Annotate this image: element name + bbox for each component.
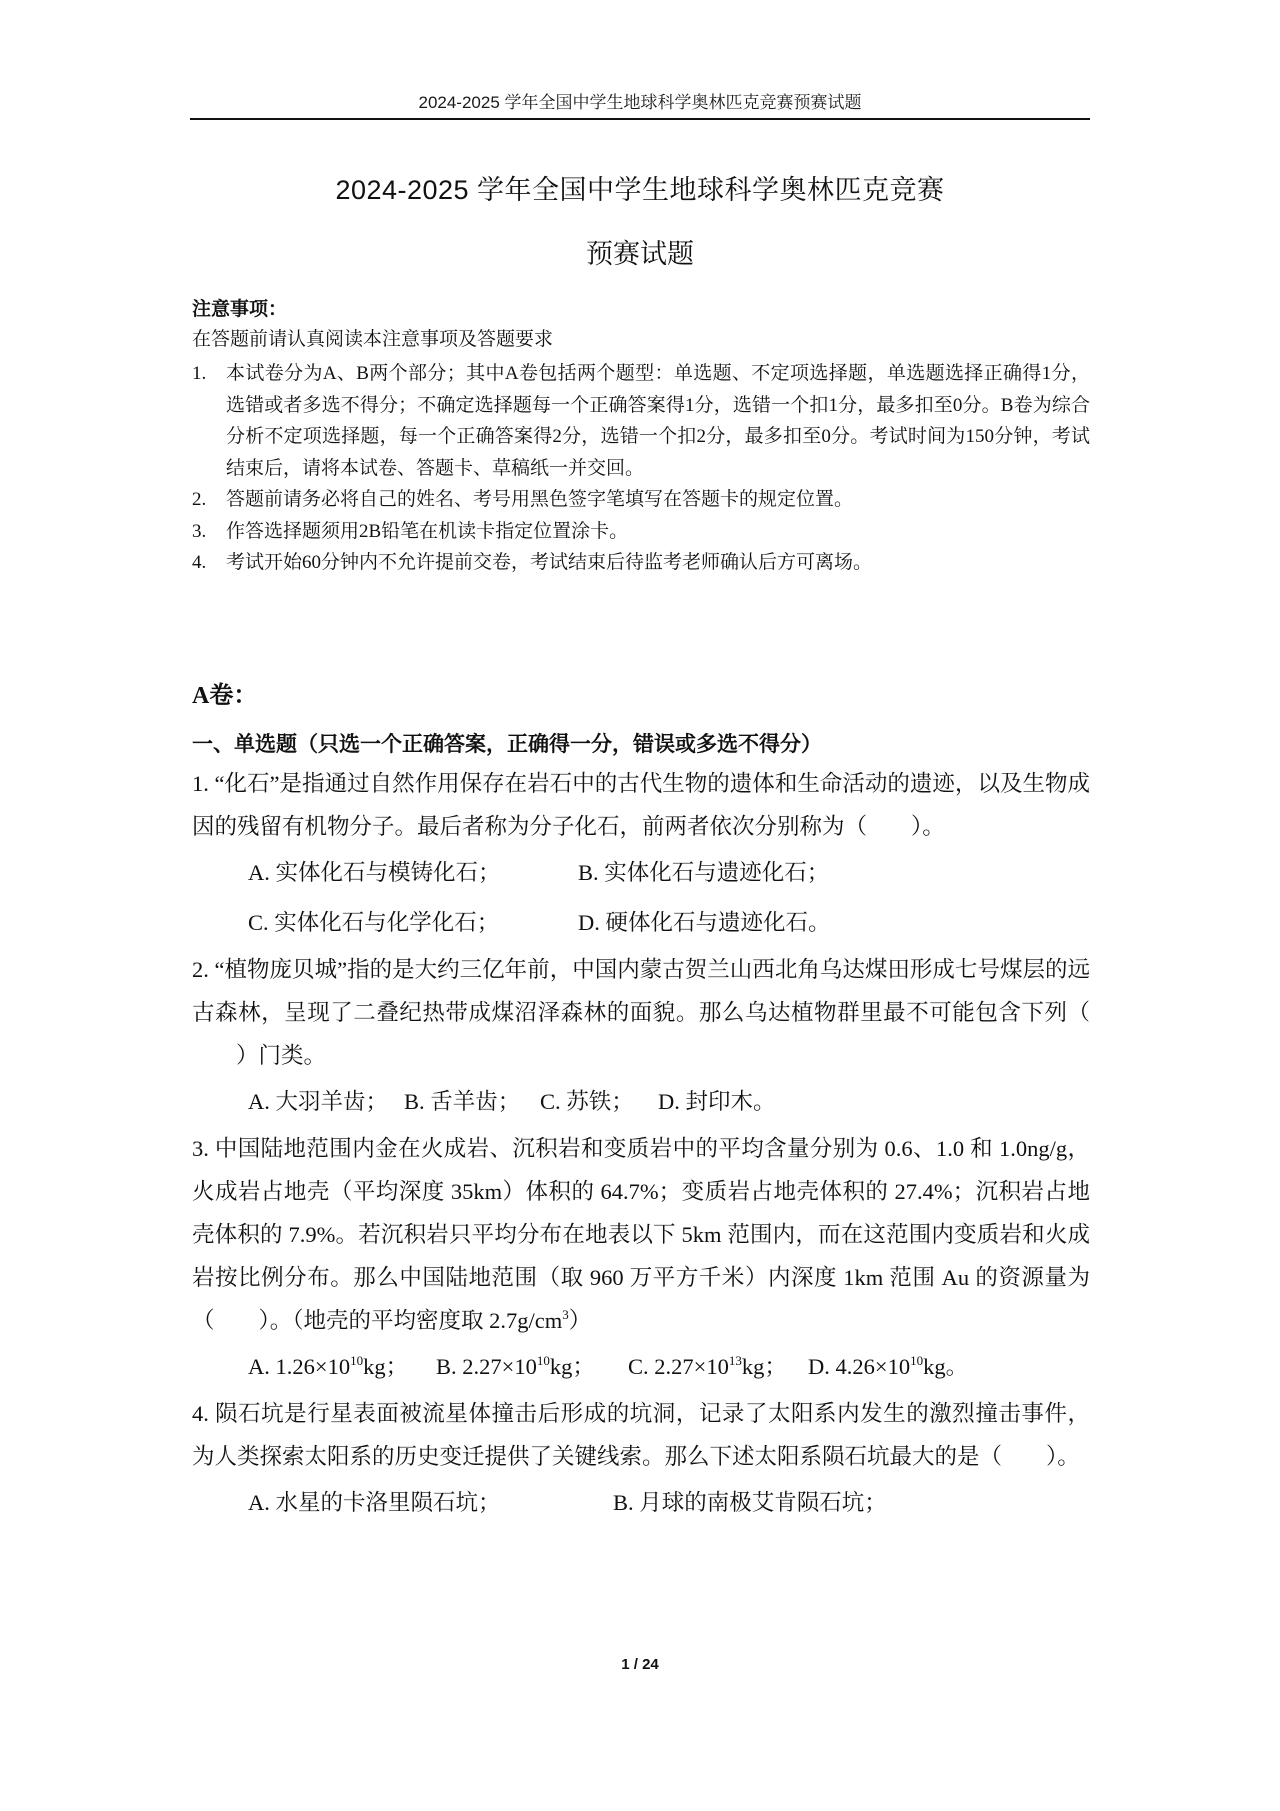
option-row: C. 实体化石与化学化石；D. 硬体化石与遗迹化石。: [248, 898, 1090, 948]
option-b: B. 舌羊齿；: [404, 1077, 540, 1127]
notice-item: 1. 本试卷分为A、B两个部分；其中A卷包括两个题型：单选题、不定项选择题，单选…: [192, 358, 1090, 484]
option-a: A. 1.26×1010kg；: [248, 1342, 436, 1392]
question-stem: 4. 陨石坑是行星表面被流星体撞击后形成的坑洞，记录了太阳系内发生的激烈撞击事件…: [192, 1392, 1090, 1478]
notice-item-text: 本试卷分为A、B两个部分；其中A卷包括两个题型：单选题、不定项选择题，单选题选择…: [226, 363, 1090, 479]
stem-text: 3. 中国陆地范围内金在火成岩、沉积岩和变质岩中的平均含量分别为 0.6、1.0…: [192, 1136, 1090, 1333]
notice-item-number: 4.: [192, 547, 206, 579]
option-d: D. 硬体化石与遗迹化石。: [578, 898, 831, 948]
running-header: 2024-2025 学年全国中学生地球科学奥林匹克竞赛预赛试题: [190, 92, 1090, 114]
option-d: D. 封印木。: [658, 1077, 776, 1127]
stem-text-tail: ）: [569, 1308, 592, 1333]
stem-text-end: ）。: [911, 814, 945, 839]
question-options: A. 水星的卡洛里陨石坑；B. 月球的南极艾肯陨石坑；: [192, 1478, 1090, 1528]
notice-intro: 在答题前请认真阅读本注意事项及答题要求: [192, 327, 553, 353]
option-row: A. 1.26×1010kg；B. 2.27×1010kg；C. 2.27×10…: [248, 1342, 1090, 1392]
notice-item-number: 3.: [192, 516, 206, 548]
question-options: A. 大羽羊齿；B. 舌羊齿；C. 苏铁；D. 封印木。: [192, 1077, 1090, 1127]
option-c: C. 2.27×1013kg；: [628, 1342, 808, 1392]
question-options: A. 1.26×1010kg；B. 2.27×1010kg；C. 2.27×10…: [192, 1342, 1090, 1392]
option-a: A. 实体化石与模铸化石；: [248, 848, 578, 898]
question-1: 1. “化石”是指通过自然作用保存在岩石中的古代生物的遗体和生命活动的遗迹，以及…: [192, 762, 1090, 948]
notice-item: 4. 考试开始60分钟内不允许提前交卷，考试结束后待监考老师确认后方可离场。: [192, 547, 1090, 579]
option-b: B. 实体化石与遗迹化石；: [578, 848, 829, 898]
option-b: B. 月球的南极艾肯陨石坑；: [613, 1478, 887, 1528]
notice-item-number: 1.: [192, 358, 206, 390]
question-stem: 3. 中国陆地范围内金在火成岩、沉积岩和变质岩中的平均含量分别为 0.6、1.0…: [192, 1127, 1090, 1342]
document-subtitle: 预赛试题: [190, 236, 1090, 272]
notice-item: 2. 答题前请务必将自己的姓名、考号用黑色签字笔填写在答题卡的规定位置。: [192, 484, 1090, 516]
notice-item: 3. 作答选择题须用2B铅笔在机读卡指定位置涂卡。: [192, 516, 1090, 548]
option-row: A. 实体化石与模铸化石；B. 实体化石与遗迹化石；: [248, 848, 1090, 898]
notice-list: 1. 本试卷分为A、B两个部分；其中A卷包括两个题型：单选题、不定项选择题，单选…: [192, 358, 1090, 579]
notice-item-text: 作答选择题须用2B铅笔在机读卡指定位置涂卡。: [226, 521, 628, 542]
option-row: A. 大羽羊齿；B. 舌羊齿；C. 苏铁；D. 封印木。: [248, 1077, 1090, 1127]
stem-text-end: ）门类。: [236, 1043, 326, 1068]
option-a: A. 水星的卡洛里陨石坑；: [248, 1478, 613, 1528]
exam-page: 2024-2025 学年全国中学生地球科学奥林匹克竞赛预赛试题 2024-202…: [0, 0, 1280, 1811]
stem-text-end: ）。（地壳的平均密度取 2.7g/cm: [259, 1308, 563, 1333]
option-d: D. 4.26×1010kg。: [808, 1342, 968, 1392]
question-options: A. 实体化石与模铸化石；B. 实体化石与遗迹化石； C. 实体化石与化学化石；…: [192, 848, 1090, 948]
header-divider: [190, 118, 1090, 120]
question-stem: 1. “化石”是指通过自然作用保存在岩石中的古代生物的遗体和生命活动的遗迹，以及…: [192, 762, 1090, 848]
option-row: A. 水星的卡洛里陨石坑；B. 月球的南极艾肯陨石坑；: [248, 1478, 1090, 1528]
notice-item-number: 2.: [192, 484, 206, 516]
question-4: 4. 陨石坑是行星表面被流星体撞击后形成的坑洞，记录了太阳系内发生的激烈撞击事件…: [192, 1392, 1090, 1528]
question-stem: 2. “植物庞贝城”指的是大约三亿年前，中国内蒙古贺兰山西北角乌达煤田形成七号煤…: [192, 948, 1090, 1077]
question-list: 1. “化石”是指通过自然作用保存在岩石中的古代生物的遗体和生命活动的遗迹，以及…: [192, 762, 1090, 1528]
question-2: 2. “植物庞贝城”指的是大约三亿年前，中国内蒙古贺兰山西北角乌达煤田形成七号煤…: [192, 948, 1090, 1127]
option-a: A. 大羽羊齿；: [248, 1077, 404, 1127]
option-c: C. 实体化石与化学化石；: [248, 898, 578, 948]
option-c: C. 苏铁；: [540, 1077, 658, 1127]
question-3: 3. 中国陆地范围内金在火成岩、沉积岩和变质岩中的平均含量分别为 0.6、1.0…: [192, 1127, 1090, 1392]
section-a-heading: A卷：: [192, 680, 257, 712]
stem-text: 2. “植物庞贝城”指的是大约三亿年前，中国内蒙古贺兰山西北角乌达煤田形成七号煤…: [192, 957, 1090, 1025]
option-b: B. 2.27×1010kg；: [436, 1342, 628, 1392]
notice-heading: 注意事项：: [192, 297, 287, 323]
page-number: 1 / 24: [190, 1655, 1090, 1675]
stem-text: 4. 陨石坑是行星表面被流星体撞击后形成的坑洞，记录了太阳系内发生的激烈撞击事件…: [192, 1401, 1090, 1469]
stem-text: 1. “化石”是指通过自然作用保存在岩石中的古代生物的遗体和生命活动的遗迹，以及…: [192, 771, 1090, 839]
stem-text-end: ）。: [1046, 1444, 1080, 1469]
single-choice-heading: 一、单选题（只选一个正确答案，正确得一分，错误或多选不得分）: [192, 730, 822, 760]
document-title: 2024-2025 学年全国中学生地球科学奥林匹克竞赛: [190, 172, 1090, 208]
notice-item-text: 答题前请务必将自己的姓名、考号用黑色签字笔填写在答题卡的规定位置。: [226, 489, 853, 510]
notice-item-text: 考试开始60分钟内不允许提前交卷，考试结束后待监考老师确认后方可离场。: [226, 552, 872, 573]
